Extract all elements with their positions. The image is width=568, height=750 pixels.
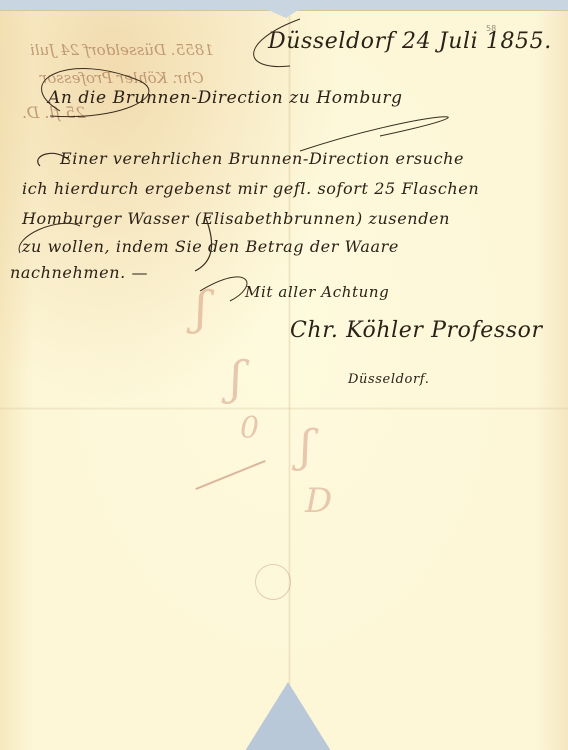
bleed-through-line-2: Chr. Köhler Professor xyxy=(40,69,204,87)
ghost-stroke: ʃ xyxy=(195,281,208,335)
signature: Chr. Köhler Professor xyxy=(290,318,543,343)
ghost-dash xyxy=(195,460,265,490)
body-line-1: Einer verehrlichen Brunnen-Direction ers… xyxy=(60,149,464,168)
faint-postmark-stamp xyxy=(255,564,291,600)
ghost-stroke: ʃ xyxy=(300,421,312,472)
letter-paper: 1855. Düsseldorf 24 Juli Chr. Köhler Pro… xyxy=(0,10,568,750)
signature-place: Düsseldorf. xyxy=(348,372,429,387)
body-line-4: zu wollen, indem Sie den Betrag der Waar… xyxy=(22,237,399,256)
ghost-stroke: 0 xyxy=(240,411,259,446)
body-line-5: nachnehmen. — xyxy=(10,263,148,282)
recipient-line: An die Brunnen-Direction zu Homburg xyxy=(48,88,403,108)
bleed-through-line-1: 1855. Düsseldorf 24 Juli xyxy=(30,41,214,59)
place-date-line: Düsseldorf 24 Juli 1855. xyxy=(268,29,552,54)
vertical-fold-crease xyxy=(288,11,291,750)
horizontal-fold-crease xyxy=(0,407,568,410)
body-line-2: ich hierdurch ergebenst mir gefl. sofort… xyxy=(22,179,479,198)
ghost-stroke: D xyxy=(305,481,332,521)
ghost-stroke: ʃ xyxy=(230,351,243,405)
closing-line: Mit aller Achtung xyxy=(245,283,389,301)
body-line-3: Homburger Wasser (Elisabethbrunnen) zuse… xyxy=(22,209,450,228)
